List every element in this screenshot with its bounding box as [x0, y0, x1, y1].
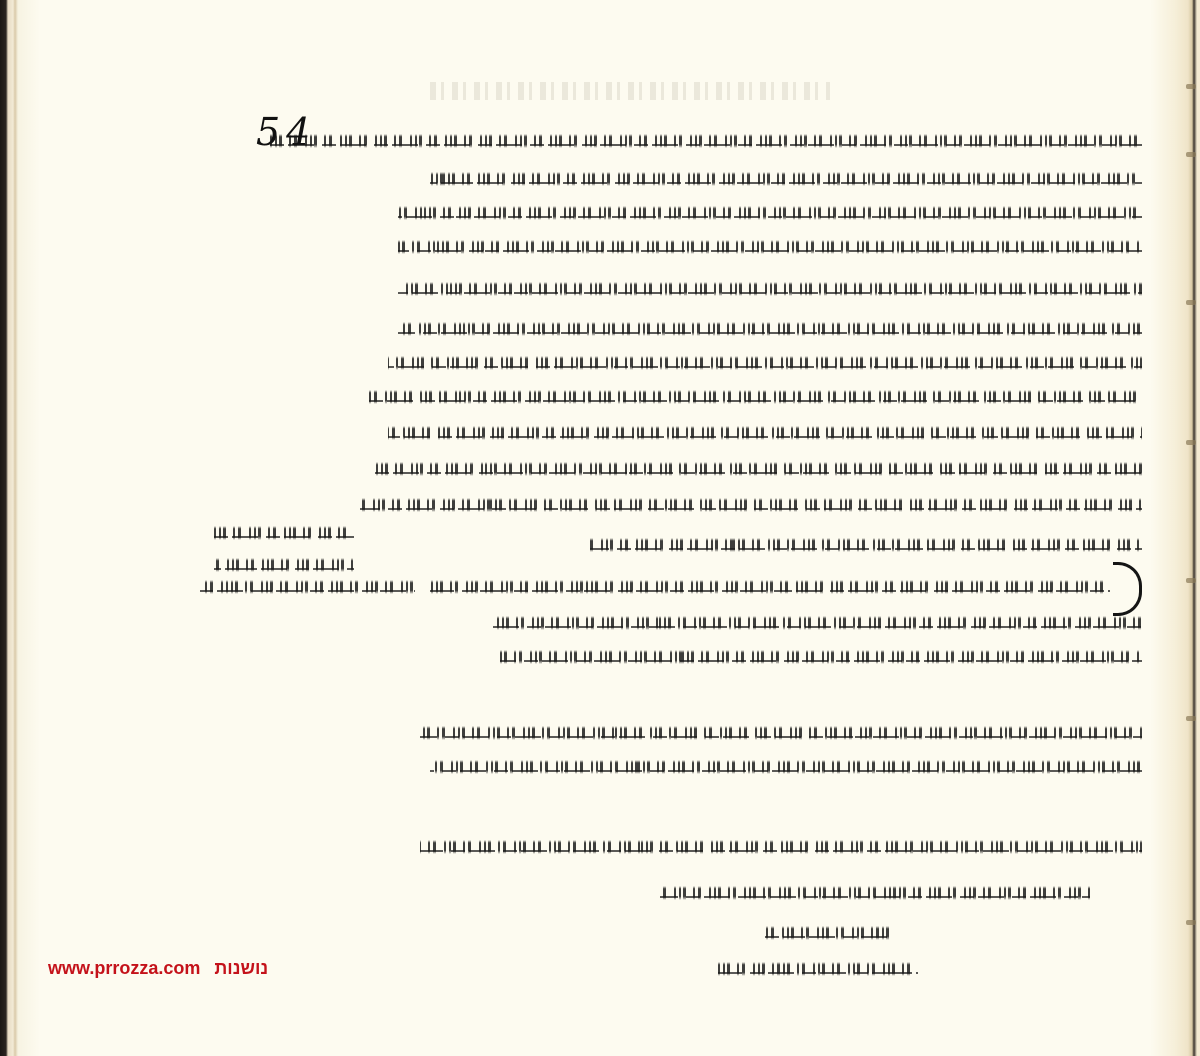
- binding-stitch: [1186, 152, 1196, 157]
- binding-stitch: [1186, 578, 1196, 583]
- handwritten-line: [handwritten Hebrew line 2 — "...לסיבת ה…: [430, 166, 1142, 192]
- handwritten-line: [handwritten Hebrew line 17]: [430, 754, 1142, 780]
- handwritten-line: [handwritten Hebrew line 15 — list item]: [500, 644, 1142, 670]
- handwritten-line: [handwritten Hebrew line 16 — "...ירושלי…: [420, 720, 1142, 746]
- handwritten-line: [handwritten Hebrew line 10]: [368, 456, 1142, 482]
- handwritten-line: [handwritten Hebrew line 7]: [388, 350, 1142, 376]
- handwritten-line: [handwritten Hebrew line 12]: [590, 532, 1142, 558]
- binding-stitch: [1186, 84, 1196, 89]
- handwritten-line: [handwritten Hebrew line 18 — "...בירושל…: [420, 834, 1142, 860]
- handwritten-line: סלה נצח: [760, 920, 890, 946]
- handwritten-line: [handwritten Hebrew closing — "...יהי רצ…: [660, 880, 1090, 906]
- binding-stitch: [1186, 440, 1196, 445]
- handwritten-line: [handwritten Hebrew line 9]: [388, 420, 1142, 446]
- handwritten-line: [handwritten Hebrew line 8]: [368, 384, 1142, 410]
- manuscript-page: 54 [handwritten Hebrew line 1 — ends wit…: [0, 0, 1200, 1056]
- bleed-through-text: [430, 82, 830, 100]
- binding-stitch: [1186, 716, 1196, 721]
- handwritten-line: [handwritten Hebrew line 6]: [398, 316, 1142, 342]
- binding-stitch: [1186, 920, 1196, 925]
- marginal-note: [marginal note — "...ווינציאה"]: [214, 520, 354, 546]
- handwritten-line: [handwritten Hebrew line 5]: [398, 276, 1142, 302]
- watermark-url: www.prrozza.com: [48, 958, 200, 979]
- handwritten-line: [handwritten Hebrew line 4]: [398, 234, 1142, 260]
- watermark-hebrew: נושנות: [214, 958, 268, 979]
- watermark: www.prrozza.com נושנות: [48, 958, 268, 979]
- binding-stitch: [1186, 300, 1196, 305]
- handwritten-line: [handwritten Hebrew line 11]: [360, 492, 1142, 518]
- handwritten-line: [handwritten Hebrew line 14 — list item]: [490, 610, 1142, 636]
- handwritten-line: [handwritten Hebrew line 1 — ends with "…: [270, 128, 1142, 154]
- decorative-bracket: [1113, 562, 1142, 616]
- handwritten-line: [handwritten Hebrew line 13 — list item]: [430, 574, 1110, 600]
- handwritten-line: [handwritten Hebrew line 3]: [398, 200, 1142, 226]
- marginal-note: [marginal note — "זה היה ..."]: [200, 574, 415, 600]
- handwritten-line: [handwritten signature]: [718, 956, 918, 982]
